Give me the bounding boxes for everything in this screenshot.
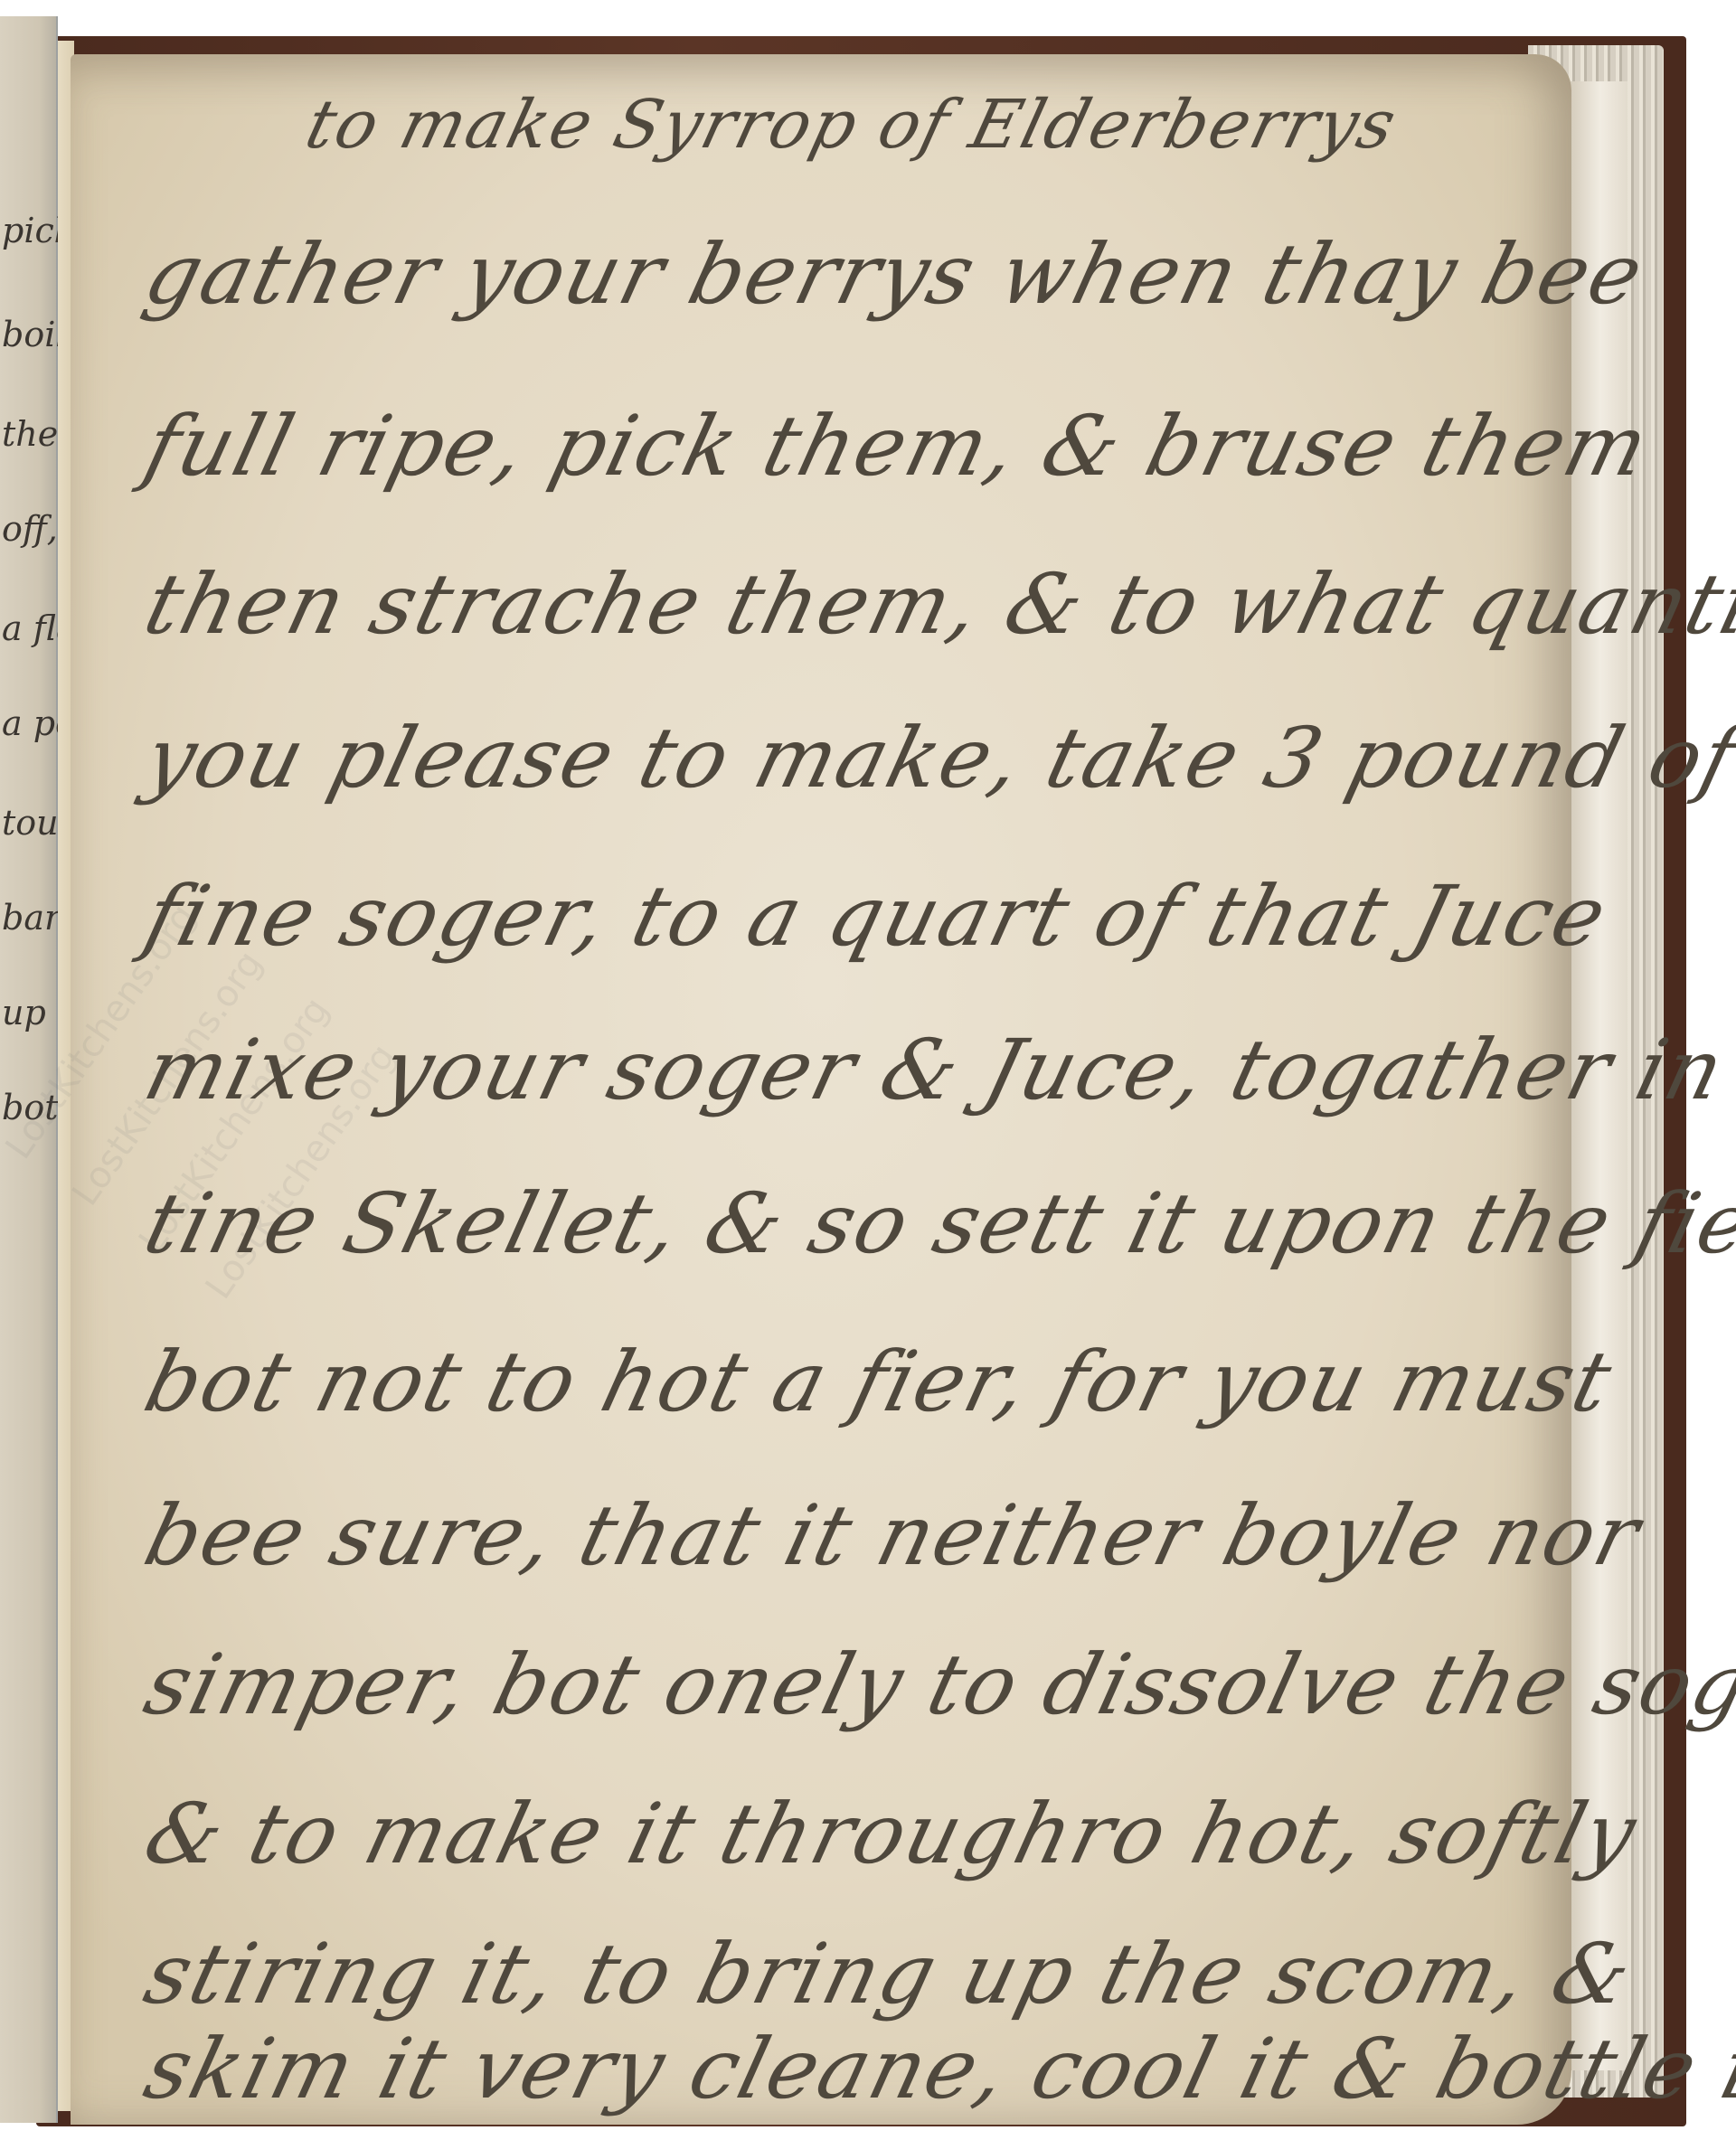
recipe-line: fine soger, to a quart of that Juce (136, 868, 1571, 965)
recipe-line: skim it very cleane, cool it & bottle it (136, 2021, 1571, 2117)
left-page: pick them boil it the berrys off, clear … (0, 16, 58, 2123)
recipe-line: you please to make, take 3 pound of (136, 710, 1571, 806)
recipe-line: tine Skellet, & so sett it upon the fier (136, 1175, 1571, 1272)
recipe-line: stiring it, to bring up the scom, & (136, 1926, 1571, 2022)
recipe-line: & to make it throughro hot, softly (136, 1786, 1571, 1882)
recipe-line: mixe your soger & Juce, togather in a (136, 1022, 1571, 1118)
recipe-line: simper, bot onely to dissolve the soger (136, 1636, 1571, 1733)
recipe-line: gather your berrys when thay bee (136, 226, 1571, 323)
recipe-line: full ripe, pick them, & bruse them (136, 398, 1571, 495)
recipe-line: bee sure, that it neither boyle nor (136, 1487, 1571, 1584)
recipe-title: to make Syrrop of Elderberrys (298, 86, 1728, 164)
recipe-line: then strache them, & to what quantity (136, 556, 1571, 653)
recipe-line: bot not to hot a fier, for you must (136, 1334, 1571, 1430)
